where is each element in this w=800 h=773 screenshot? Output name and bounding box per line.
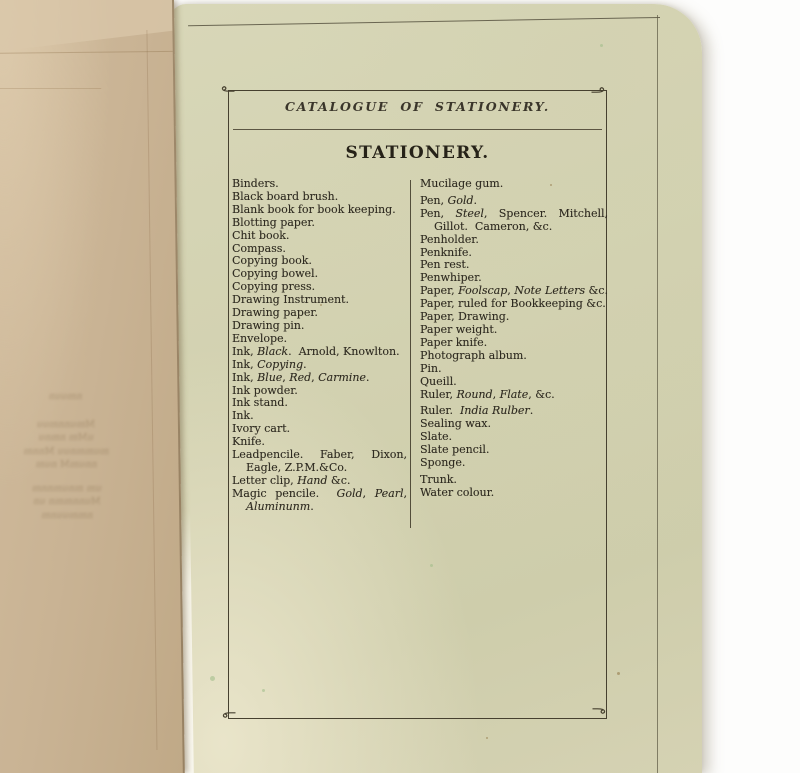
bleed-through-line: nmuun [0, 390, 132, 404]
corner-flourish-icon [591, 84, 607, 100]
bleed-through-line: nmmuunm [1, 509, 133, 523]
catalogue-item: Photograph album. [420, 350, 608, 363]
catalogue-item: Water colour. [420, 487, 608, 500]
catalogue-item: Magic pencile. Gold, Pearl, Aluminunm. [232, 488, 407, 514]
bleed-through-line: nnumM num [0, 458, 132, 472]
catalogue-item: Sponge. [420, 457, 608, 470]
catalogue-item: Ink stand. [232, 397, 407, 410]
catalogue-item: Pen, Steel, Spencer. Mitchell, Gillot. C… [420, 208, 608, 234]
page-crease [0, 88, 101, 89]
bleed-through-line: Munnmmn un [1, 495, 133, 509]
book-photo: CATALOGUE OF STATIONERY. STATIONERY. Bin… [0, 0, 800, 773]
catalogue-item: Ruler, Round, Flate, &c. [420, 389, 608, 402]
catalogue-column-left: Binders.Black board brush.Blank book for… [232, 178, 407, 514]
bleed-through-line: Mmunnmuu [0, 418, 132, 432]
catalogue-item: Mucilage gum. [420, 178, 608, 191]
previous-page: nmuunMmunnmuuuMm nmnumummnuu MnnmnnumM n… [0, 0, 185, 773]
page-crease [146, 30, 157, 750]
bleed-through-line: mummnuu Mnnm [0, 445, 132, 459]
catalogue-item: Leadpencile. Faber, Dixon, Eagle, Z.P.M.… [232, 449, 407, 475]
catalogue-column-right: Mucilage gum.Pen, Gold.Pen, Steel, Spenc… [420, 178, 608, 500]
header-rule [233, 129, 602, 130]
section-title: STATIONERY. [229, 143, 606, 163]
catalogue-page: CATALOGUE OF STATIONERY. STATIONERY. Bin… [170, 4, 702, 773]
paper-speckle [210, 676, 215, 681]
paper-speckle [262, 689, 265, 692]
paper-speckle [600, 44, 603, 47]
page-edge-line-right [657, 15, 658, 773]
bleed-through-line: uMm nmnu [0, 431, 132, 445]
bleed-through-line: um mnumnnm [1, 482, 133, 496]
column-divider-rule [410, 180, 411, 528]
paper-speckle [320, 304, 322, 306]
paper-speckle [617, 672, 620, 675]
paper-speckle [486, 737, 488, 739]
corner-flourish-icon [219, 83, 235, 99]
corner-flourish-icon [592, 701, 608, 717]
bleed-through-text: nmuunMmunnmuuuMm nmnumummnuu MnnmnnumM n… [0, 390, 133, 522]
corner-flourish-icon [220, 705, 236, 721]
paper-speckle [550, 184, 552, 186]
running-title: CATALOGUE OF STATIONERY. [229, 99, 606, 114]
page-edge-line-top [188, 17, 660, 26]
paper-speckle [430, 564, 433, 567]
